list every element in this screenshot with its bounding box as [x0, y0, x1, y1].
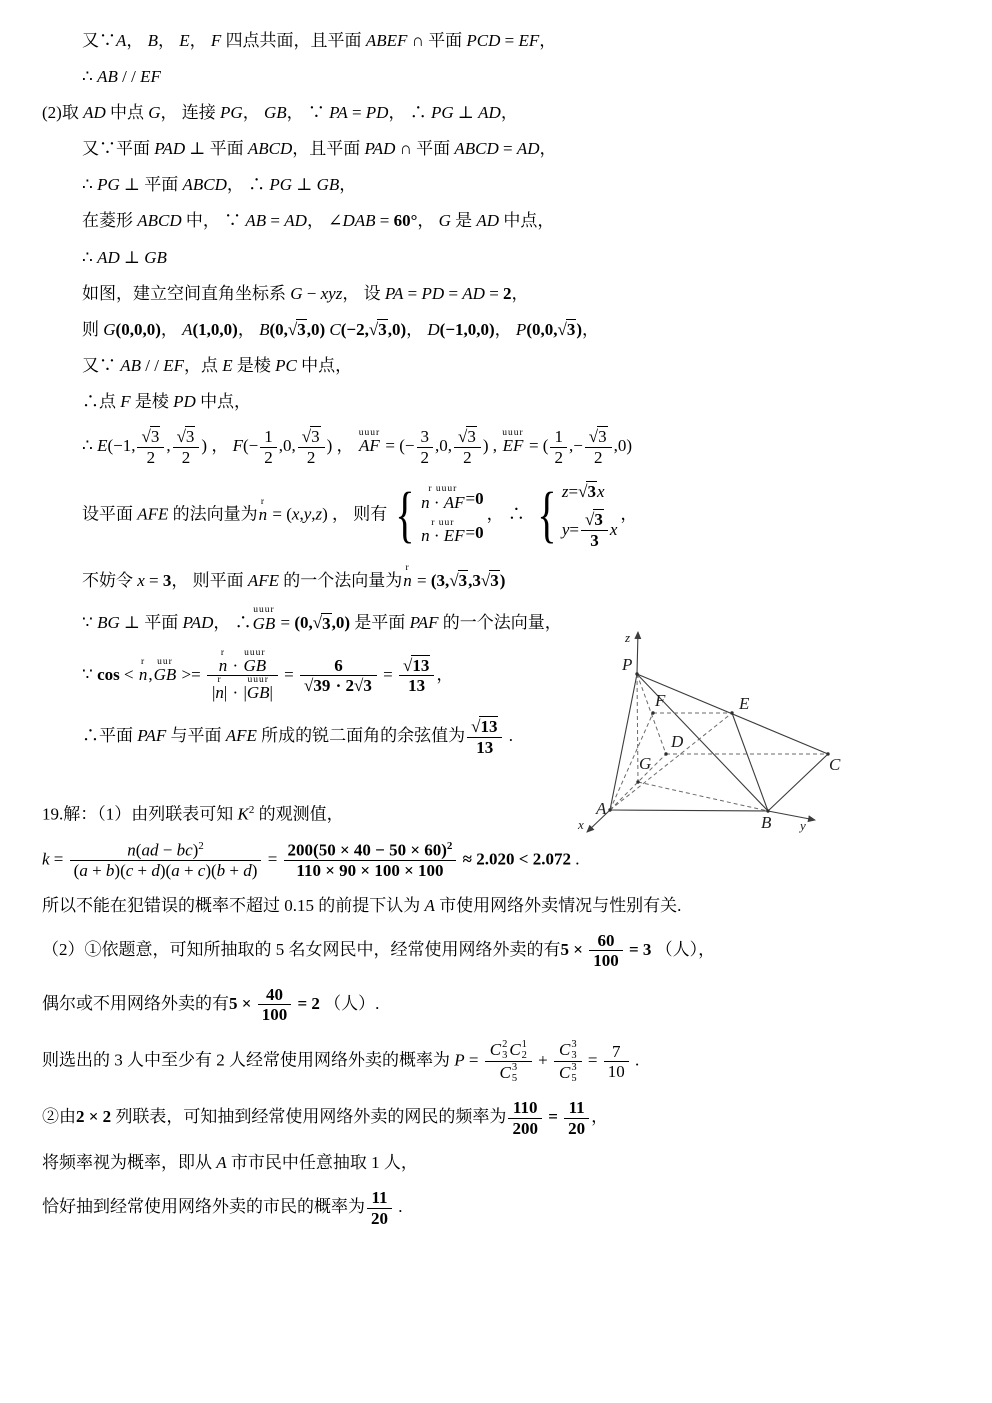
sqrt: √3	[302, 426, 321, 446]
text-run: 1	[264, 427, 273, 446]
text-run: =	[466, 488, 476, 510]
math-var: A	[425, 896, 435, 915]
math-line: 又∵ AB / / EF，点 E 是棱 PC 中点，	[0, 355, 992, 377]
radicand: 3	[310, 426, 321, 446]
math-var: B	[148, 31, 158, 50]
text-run: ，点	[184, 356, 222, 375]
math-var: EF	[503, 436, 524, 455]
fraction-numerator: 1	[550, 427, 567, 447]
system-rows: r uuurn · AF = 0r uurn · EF = 0	[420, 485, 484, 546]
math-var: A	[216, 1153, 226, 1172]
fraction-denominator: 2	[173, 447, 200, 468]
text-run: =	[499, 139, 517, 158]
radicand: 3	[362, 675, 373, 695]
fraction-numerator: C33	[554, 1039, 582, 1061]
combination-indices: 12	[522, 1039, 527, 1061]
vector-overscript: rn	[219, 649, 228, 676]
equation-system: {r uuurn · AF = 0r uurn · EF = 0	[390, 485, 483, 546]
math-var: AB	[245, 211, 266, 230]
text-run: 市市民中任意抽取 1 人，	[227, 1153, 418, 1172]
fraction: 1120	[367, 1188, 392, 1228]
text-run: +	[534, 1051, 552, 1070]
text-run: 200	[512, 1119, 538, 1138]
math-var: PCD	[466, 31, 500, 50]
math-line: 又∵A， B， E， F 四点共面，且平面 ABEF ∩ 平面 PCD = EF…	[0, 30, 992, 52]
combination-lower: 5	[571, 1073, 576, 1084]
radical-sign-icon: √	[313, 614, 321, 633]
radicand: 13	[479, 716, 498, 736]
system-row: r uurn · EF = 0	[420, 519, 484, 546]
point-dot-D	[664, 752, 667, 755]
fraction: √1313	[467, 717, 502, 757]
text-run: ∴	[82, 248, 97, 267]
text-run: （2）①依题意，可知所抽取的 5 名女网民中，经常使用网络外卖的有	[42, 940, 561, 959]
text-run: ，	[436, 665, 453, 684]
math-var: G	[148, 103, 160, 122]
math-var: a	[79, 861, 88, 880]
text-run: ， 则平面	[171, 571, 248, 590]
system-rows: z = √3xy = √33x	[562, 481, 618, 550]
combination-letter: C	[490, 1040, 501, 1060]
combination-lower: 3	[571, 1050, 576, 1061]
math-var: n	[139, 665, 148, 684]
text-run: 2 × 2	[76, 1107, 111, 1126]
fraction-numerator: 11	[564, 1098, 589, 1118]
math-var: n	[403, 571, 412, 590]
figure-label-x: x	[577, 817, 584, 832]
combination-indices: 35	[571, 1062, 576, 1084]
fraction: 12	[550, 427, 567, 467]
fraction-denominator: 20	[367, 1208, 392, 1229]
text-run: 60°	[394, 211, 418, 230]
fraction-numerator: √3	[137, 427, 164, 447]
text-run: 则	[82, 320, 103, 339]
radical-sign-icon: √	[449, 571, 457, 590]
math-var: G	[439, 211, 451, 230]
math-var: PG	[431, 103, 454, 122]
figure-label-F: F	[654, 691, 666, 710]
math-var: x	[137, 571, 145, 590]
math-var: A	[182, 320, 192, 339]
fraction-numerator: rn · uuurGB	[207, 649, 278, 676]
text-run: =	[584, 1051, 602, 1070]
text-run: ∴	[82, 436, 97, 455]
text-run: ,−	[569, 436, 583, 455]
radical-sign-icon: √	[302, 427, 310, 446]
vector-base: GB	[154, 666, 177, 685]
sqrt: √3	[141, 426, 160, 446]
text-run: ·	[430, 526, 444, 545]
text-run: (−	[243, 436, 258, 455]
radicand: 3	[489, 570, 500, 590]
sqrt: √3	[481, 570, 500, 590]
math-var: GB	[264, 103, 287, 122]
text-run: )(	[114, 861, 125, 880]
fraction-numerator: √13	[399, 656, 434, 676]
text-run: =	[280, 665, 298, 684]
math-var: PAD	[365, 139, 396, 158]
math-var: F	[211, 31, 221, 50]
text-run: −	[303, 284, 321, 303]
text-run: 7	[612, 1042, 621, 1061]
text-run: 110	[513, 1098, 538, 1117]
text-run: =	[465, 1051, 483, 1070]
fraction: 12	[260, 427, 277, 467]
vector-overscript: rn	[259, 498, 268, 525]
fraction-denominator: 13	[399, 675, 434, 696]
vector-base: GB	[243, 657, 266, 676]
fraction-denominator: 2	[550, 447, 567, 468]
fraction: rn · uuurGBr|n| · uuur|GB|	[207, 649, 278, 704]
vector-overscript: r|n|	[212, 676, 227, 703]
math-line: 则 G(0,0,0)， A(1,0,0)， B(0,√3,0) C(−2,√3,…	[0, 319, 992, 341]
text-run: |	[270, 683, 273, 702]
math-var: GB	[317, 175, 340, 194]
text-run: ⊥	[292, 175, 317, 194]
text-run: ∴	[82, 67, 97, 86]
math-var: y	[562, 519, 570, 541]
text-run: ， ∴	[487, 505, 530, 524]
fraction-numerator: 6	[300, 656, 377, 676]
text-run: 20	[371, 1209, 388, 1228]
combination-symbol: C35	[500, 1062, 518, 1084]
math-var: PAF	[410, 614, 439, 633]
sqrt: √13	[471, 716, 498, 736]
vector-overscript: uuurAF	[359, 429, 380, 456]
combination-upper: 3	[571, 1039, 576, 1050]
text-run: 将频率视为概率，即从	[42, 1153, 216, 1172]
text-run: ) ，	[201, 436, 232, 455]
fraction-numerator: 40	[258, 985, 292, 1005]
math-line: ∴ E(−1,√32,√32) ， F(−12,0,√32) ， uuurAF …	[0, 427, 992, 467]
text-run: 的一个法向量为	[279, 571, 402, 590]
vector-overscript: r uuurn · AF	[421, 485, 464, 512]
text-run: +	[180, 861, 198, 880]
math-var: k	[42, 849, 50, 868]
math-var: EF	[518, 31, 539, 50]
figure-label-G: G	[639, 754, 651, 773]
text-run: )	[252, 861, 258, 880]
text-run: ，	[582, 320, 599, 339]
fraction-numerator: n(ad − bc)2	[70, 840, 262, 860]
text-run: =	[466, 522, 476, 544]
text-run: 又∵	[82, 31, 116, 50]
math-var: xyz	[321, 284, 343, 303]
geometry-figure: PABCDEFGxyz	[575, 616, 875, 856]
text-run: ∵	[82, 665, 97, 684]
math-line: ∴ PG ⊥ 平面 ABCD， ∴ PG ⊥ GB，	[0, 174, 992, 196]
text-run: )	[500, 571, 506, 590]
system-row: z = √3x	[562, 481, 605, 503]
text-run: · 2	[331, 676, 354, 695]
text-run: 3	[421, 427, 430, 446]
combination-symbol: C23	[490, 1039, 508, 1061]
text-run: 是棱	[233, 356, 276, 375]
figure-label-C: C	[829, 755, 841, 774]
text-run: .	[394, 1197, 403, 1216]
solution-text: 又∵A， B， E， F 四点共面，且平面 ABEF ∩ 平面 PCD = EF…	[0, 0, 992, 1229]
radicand: 3	[566, 319, 577, 339]
text-run: (2)取	[42, 103, 83, 122]
text-run: 设平面	[82, 505, 137, 524]
combination-upper: 2	[502, 1039, 507, 1050]
text-run: ∴	[82, 175, 97, 194]
text-run: 市使用网络外卖情况与性别有关.	[435, 896, 682, 915]
fraction-numerator: √3	[298, 427, 325, 447]
text-run: (−1,0,0)	[440, 320, 495, 339]
math-var: ad	[141, 841, 158, 860]
fraction-numerator: √3	[173, 427, 200, 447]
math-var: AFE	[248, 571, 279, 590]
text-run: ∴点	[82, 392, 120, 411]
text-run: ，	[591, 1107, 608, 1126]
combination-symbol: C33	[559, 1039, 577, 1061]
math-var: E	[222, 356, 232, 375]
text-run: 2	[421, 448, 430, 467]
text-run: ，	[339, 175, 356, 194]
vector-base: AF	[359, 437, 380, 456]
text-run: 四点共面，且平面	[221, 31, 366, 50]
point-dot-F	[651, 711, 654, 714]
text-run: ,0)	[614, 436, 632, 455]
fraction: √32	[454, 427, 481, 467]
text-run: ， ∴	[388, 103, 431, 122]
math-line: 不妨令 x = 3， 则平面 AFE 的一个法向量为rn = (3,√3,3√3…	[0, 564, 992, 592]
combination-letter: C	[559, 1063, 570, 1083]
text-run: −	[158, 841, 176, 860]
text-run: 中点，	[297, 356, 352, 375]
text-run: 13	[408, 676, 425, 695]
fraction-denominator: 3	[581, 530, 608, 551]
vector-base: |GB|	[243, 684, 272, 703]
math-var: AD	[478, 103, 501, 122]
fraction: √1313	[399, 656, 434, 696]
text-run: (0,0,0)	[116, 320, 161, 339]
math-var: x	[610, 519, 618, 541]
hidden-edge-PG	[637, 674, 638, 782]
math-line: 所以不能在犯错误的概率不超过 0.15 的前提下认为 A 市使用网络外卖情况与性…	[0, 895, 992, 917]
text-run: 6	[334, 656, 343, 675]
text-run: (3,	[431, 571, 449, 590]
math-var: PAD	[183, 614, 214, 633]
math-var: a	[171, 861, 180, 880]
text-run: =	[263, 849, 281, 868]
edge-EB	[732, 713, 768, 811]
fraction-denominator: 2	[417, 447, 434, 468]
math-var: DAB	[342, 211, 375, 230]
sqrt: √3	[589, 426, 608, 446]
text-run: 2	[554, 448, 563, 467]
text-run: =	[413, 571, 431, 590]
text-run: 3	[590, 531, 599, 550]
text-run: |	[224, 683, 227, 702]
text-run: =	[50, 849, 68, 868]
fraction: √32	[585, 427, 612, 467]
fraction-denominator: 2	[298, 447, 325, 468]
figure-label-B: B	[761, 813, 772, 832]
text-run: ， ∵	[287, 103, 330, 122]
text-run: 1	[554, 427, 563, 446]
figure-label-z: z	[624, 630, 630, 645]
text-run: =	[348, 103, 366, 122]
vector-overscript: uuurGB	[253, 606, 276, 633]
vector-overscript: uuur|GB|	[243, 676, 272, 703]
text-run: 110 × 90 × 100 × 100	[296, 861, 443, 880]
text-run: ,0,	[279, 436, 296, 455]
sqrt: √3	[557, 319, 576, 339]
text-run: 2	[182, 448, 191, 467]
text-run: =	[544, 1107, 562, 1126]
text-run: ，且平面	[292, 139, 364, 158]
radicand: 3	[321, 613, 332, 633]
text-run: ，	[126, 31, 147, 50]
text-run: ，	[238, 320, 259, 339]
fraction: C23C12C35	[485, 1039, 532, 1084]
hidden-edge-AE	[610, 713, 732, 810]
math-line: 又∵平面 PAD ⊥ 平面 ABCD，且平面 PAD ∩ 平面 ABCD = A…	[0, 138, 992, 160]
text-run: = (	[268, 505, 292, 524]
fraction: 1120	[564, 1098, 589, 1138]
math-var: n	[215, 683, 224, 702]
fraction: √32	[137, 427, 164, 467]
text-run: 60	[597, 931, 614, 950]
math-var: d	[151, 861, 160, 880]
radicand: 39	[312, 675, 331, 695]
text-run: = 3	[625, 940, 652, 959]
fraction-numerator: √3	[581, 510, 608, 530]
math-var: ABCD	[137, 211, 181, 230]
axis-line-0	[637, 632, 638, 674]
text-run: cos	[97, 665, 120, 684]
radical-sign-icon: √	[481, 571, 489, 590]
text-run: 中点，	[499, 211, 554, 230]
fraction: √33	[581, 510, 608, 550]
text-run: 是	[451, 211, 477, 230]
text-run: （人），	[651, 940, 715, 959]
text-run: ) ， 则有	[322, 505, 387, 524]
vector-overscript: rn	[403, 564, 412, 591]
radicand: 3	[377, 319, 388, 339]
fraction: 200(50 × 40 − 50 × 60)2110 × 90 × 100 × …	[284, 840, 457, 881]
text-run: ,0,	[435, 436, 452, 455]
hidden-edge-GB	[638, 782, 768, 811]
sqrt: √3	[354, 675, 373, 695]
text-run: (1,0,0)	[193, 320, 238, 339]
text-run: 是棱	[131, 392, 174, 411]
text-run: =	[485, 284, 503, 303]
figure-label-P: P	[621, 655, 632, 674]
fraction-denominator: 200	[508, 1118, 542, 1139]
text-run: =	[403, 284, 421, 303]
sqrt: √3	[458, 426, 477, 446]
vector-overscript: rn	[139, 658, 148, 685]
fraction: 110200	[508, 1098, 542, 1138]
math-var: AD	[476, 211, 499, 230]
combination-letter: C	[509, 1040, 520, 1060]
text-run: ，	[620, 505, 637, 524]
axis-line-2	[768, 811, 815, 820]
math-var: n	[259, 505, 268, 524]
math-var: PC	[275, 356, 297, 375]
text-run: ,3	[468, 571, 481, 590]
sqrt: √13	[403, 655, 430, 675]
text-run: 在菱形	[82, 211, 137, 230]
math-line: 恰好抽到经常使用网络外卖的市民的概率为1120 .	[0, 1188, 992, 1228]
text-run: 0	[475, 488, 484, 510]
math-var: AFE	[226, 726, 257, 745]
math-var: P	[516, 320, 526, 339]
text-run: 2	[147, 448, 156, 467]
text-run: 19.解：（1）由列联表可知	[42, 805, 238, 824]
math-var: b	[217, 861, 226, 880]
math-var: n	[421, 493, 430, 512]
text-run: ,	[148, 665, 152, 684]
radical-sign-icon: √	[141, 427, 149, 446]
fraction-denominator: 100	[589, 950, 623, 971]
text-run: 恰好抽到经常使用网络外卖的市民的概率为	[42, 1197, 365, 1216]
text-run: ，	[539, 31, 556, 50]
text-run: / /	[141, 356, 163, 375]
text-run: <	[120, 665, 138, 684]
fraction-denominator: 20	[564, 1118, 589, 1139]
sqrt: √3	[369, 319, 388, 339]
text-run: 则选出的 3 人中至少有 2 人经常使用网络外卖的概率为	[42, 1051, 454, 1070]
text-run: 0	[475, 522, 484, 544]
fraction: C33C35	[554, 1039, 582, 1084]
radicand: 3	[458, 570, 469, 590]
math-var: n	[219, 656, 228, 675]
text-run: ∩ 平面	[407, 31, 466, 50]
text-run: 2	[307, 448, 316, 467]
math-var: F	[233, 436, 243, 455]
vector-base: GB	[253, 615, 276, 634]
system-brace-icon: {	[537, 488, 556, 544]
text-run: ，	[190, 31, 211, 50]
math-var: P	[454, 1051, 464, 1070]
text-run: 与平面	[166, 726, 226, 745]
math-line: 将频率视为概率，即从 A 市市民中任意抽取 1 人，	[0, 1152, 992, 1174]
radicand: 3	[296, 319, 307, 339]
radicand: 3	[185, 426, 196, 446]
math-var: PG	[220, 103, 243, 122]
math-var: G	[290, 284, 302, 303]
math-var: AF	[444, 493, 465, 512]
sqrt: √3	[288, 319, 307, 339]
edge-PA	[610, 674, 637, 810]
sqrt: √3	[585, 509, 604, 529]
text-run: 中点，	[196, 392, 251, 411]
math-line: ∴ AB / / EF	[0, 66, 992, 88]
math-var: ABCD	[248, 139, 292, 158]
combination-letter: C	[500, 1063, 511, 1083]
math-line: 在菱形 ABCD 中， ∵ AB = AD， ∠DAB = 60°， G 是 A…	[0, 210, 992, 232]
text-run: ∵	[82, 614, 97, 633]
text-run: =	[375, 211, 393, 230]
text-run: ，	[512, 284, 529, 303]
text-run: ·	[430, 493, 444, 512]
vector-overscript: r uurn · EF	[421, 519, 464, 546]
text-run: ·	[228, 656, 242, 675]
text-run: （人）.	[320, 994, 380, 1013]
fraction: 32	[417, 427, 434, 467]
fraction: √32	[173, 427, 200, 467]
text-run: 40	[266, 985, 283, 1004]
math-var: AD	[462, 284, 485, 303]
math-line: 如图，建立空间直角坐标系 G − xyz， 设 PA = PD = AD = 2…	[0, 283, 992, 305]
text-run: ， ∠	[307, 211, 343, 230]
text-run: ,0)	[307, 320, 325, 339]
text-run: (−1,	[107, 436, 135, 455]
